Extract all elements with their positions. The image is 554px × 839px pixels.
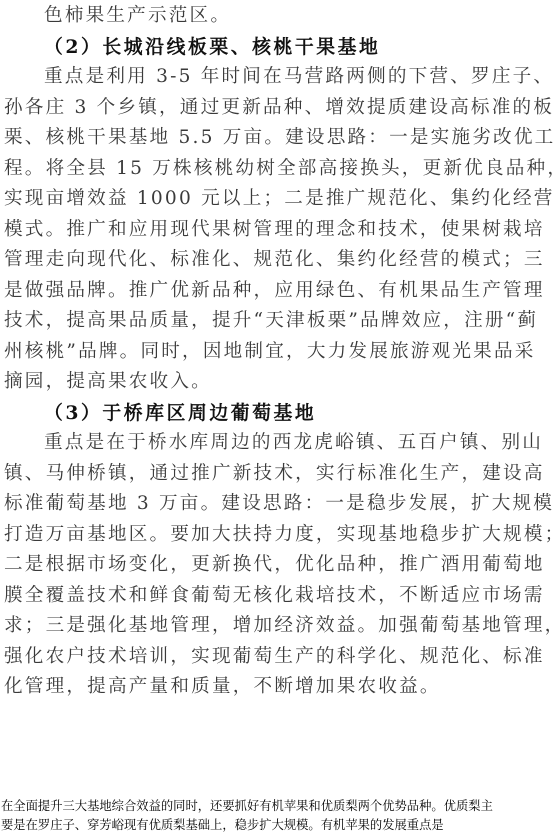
text-line: 膜全覆盖技术和鲜食葡萄无核化栽培技术，不断适应市场需 — [4, 581, 548, 612]
document-body: 色柿果生产示范区。 （2）长城沿线板栗、核桃干果基地 重点是利用 3-5 年时间… — [0, 1, 554, 703]
text-line: 标准葡萄基地 3 万亩。建设思路：一是稳步发展，扩大规模， — [4, 489, 548, 520]
text-line: 化管理，提高产量和质量，不断增加果农收益。 — [4, 672, 548, 703]
text-line: 技术，提高果品质量，提升“天津板栗”品牌效应，注册“蓟 — [4, 306, 548, 337]
text-line: 求；三是强化基地管理，增加经济效益。加强葡萄基地管理， — [4, 611, 548, 642]
section-heading-grape: （3）于桥库区周边葡萄基地 — [0, 398, 554, 429]
text-line: 强化农户技术培训，实现葡萄生产的科学化、规范化、标准 — [4, 642, 548, 673]
text-line: 程。将全县 15 万株核桃幼树全部高接换头，更新优良品种， — [4, 154, 548, 185]
text-line: 重点是利用 3-5 年时间在马营路两侧的下营、罗庄子、 — [4, 62, 548, 93]
section-heading-chestnut-walnut: （2）长城沿线板栗、核桃干果基地 — [0, 32, 554, 63]
text-line: 实现亩增效益 1000 元以上；二是推广规范化、集约化经营 — [4, 184, 548, 215]
section-paragraph-chestnut-walnut: 重点是利用 3-5 年时间在马营路两侧的下营、罗庄子、 孙各庄 3 个乡镇，通过… — [0, 62, 554, 398]
text-line: 镇、马伸桥镇，通过推广新技术，实行标准化生产，建设高 — [4, 459, 548, 490]
section-paragraph-grape: 重点是在于桥水库周边的西龙虎峪镇、五百户镇、别山 镇、马伸桥镇，通过推广新技术，… — [0, 428, 554, 703]
footer-paragraph: 在全面提升三大基地综合效益的同时，还要抓好有机苹果和优质梨两个优势品种。优质梨主… — [0, 797, 554, 834]
text-line: 摘园，提高果农收入。 — [4, 367, 548, 398]
text-line: 二是根据市场变化，更新换代，优化品种，推广酒用葡萄地 — [4, 550, 548, 581]
text-line: 打造万亩基地区。要加大扶持力度，实现基地稳步扩大规模； — [4, 520, 548, 551]
text-line: 在全面提升三大基地综合效益的同时，还要抓好有机苹果和优质梨两个优势品种。优质梨主 — [1, 797, 554, 816]
text-line: 要是在罗庄子、穿芳峪现有优质梨基础上，稳步扩大规模。有机苹果的发展重点是 — [1, 816, 554, 835]
text-line: 是做强品牌。推广优新品种，应用绿色、有机果品生产管理 — [4, 276, 548, 307]
continuation-paragraph: 色柿果生产示范区。 — [0, 1, 554, 32]
text-line: 色柿果生产示范区。 — [4, 1, 548, 32]
text-line: 栗、核桃干果基地 5.5 万亩。建设思路：一是实施劣改优工 — [4, 123, 548, 154]
text-line: 州核桃”品牌。同时，因地制宜，大力发展旅游观光果品采 — [4, 337, 548, 368]
text-line: 重点是在于桥水库周边的西龙虎峪镇、五百户镇、别山 — [4, 428, 548, 459]
document-page: 色柿果生产示范区。 （2）长城沿线板栗、核桃干果基地 重点是利用 3-5 年时间… — [0, 0, 554, 839]
text-line: 模式。推广和应用现代果树管理的理念和技术，使果树栽培 — [4, 215, 548, 246]
text-line: 孙各庄 3 个乡镇，通过更新品种、增效提质建设高标准的板 — [4, 93, 548, 124]
text-line: 管理走向现代化、标准化、规范化、集约化经营的模式；三 — [4, 245, 548, 276]
